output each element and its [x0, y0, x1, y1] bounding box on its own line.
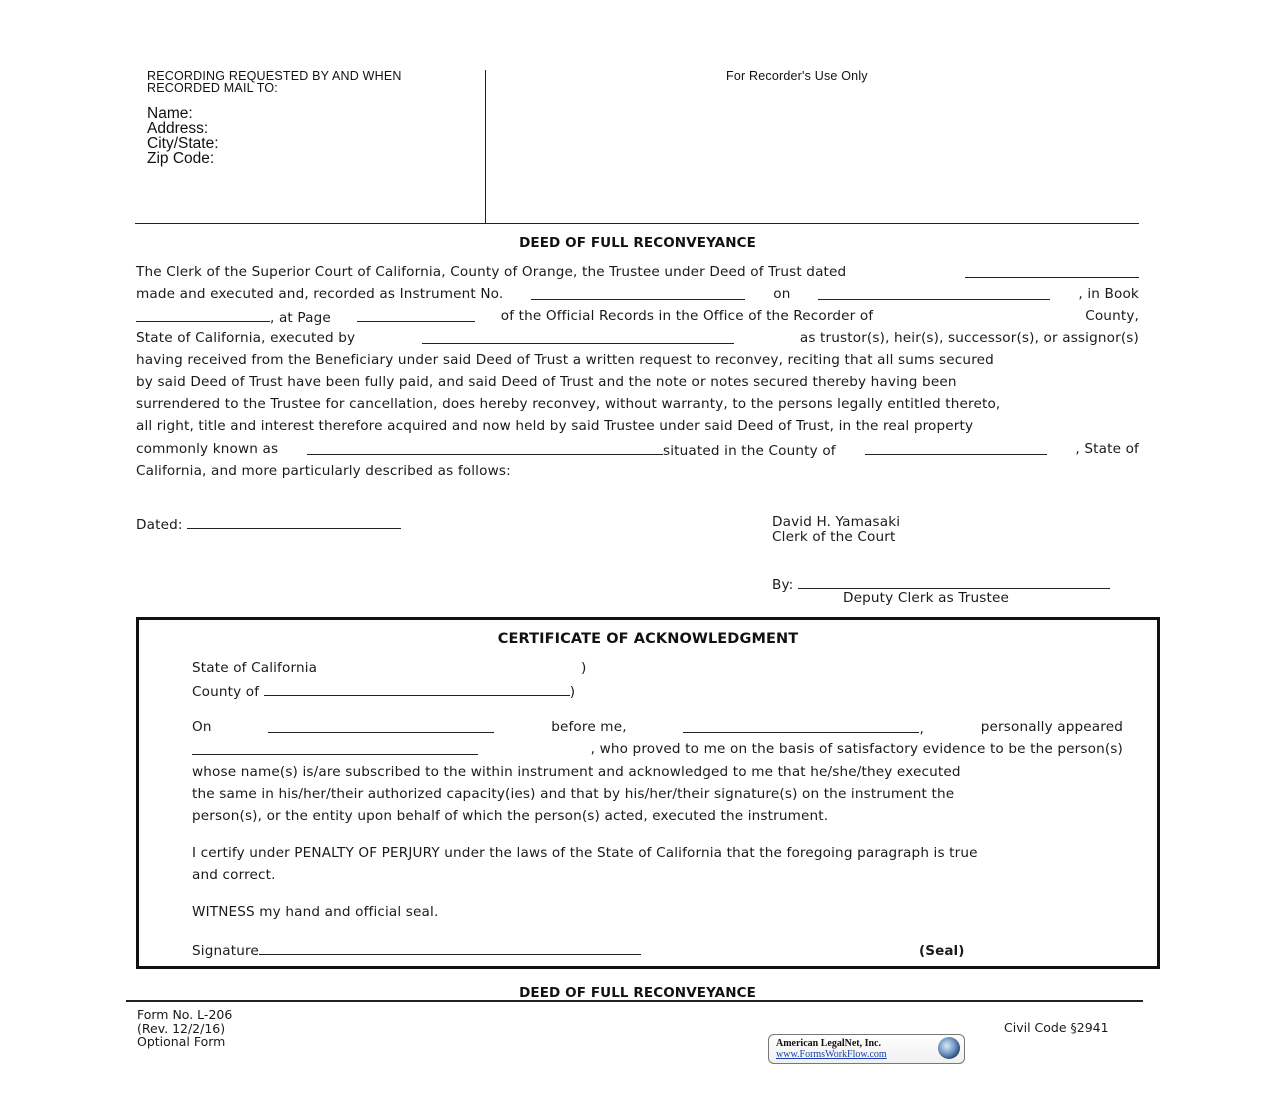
deed-dated-blank[interactable] — [965, 264, 1139, 278]
deed-title: DEED OF FULL RECONVEYANCE — [0, 235, 1275, 251]
recording-line-2: RECORDED MAIL TO: — [147, 82, 402, 94]
cert-text: I certify under PENALTY OF PERJURY under… — [192, 845, 978, 861]
deed-text: made and executed and, recorded as Instr… — [136, 286, 503, 302]
zip-code-field-label[interactable]: Zip Code: — [147, 151, 219, 166]
globe-icon — [938, 1037, 960, 1059]
witness-text: WITNESS my hand and official seal. — [192, 904, 438, 920]
on-label: On — [192, 719, 212, 737]
seal-label: (Seal) — [919, 943, 965, 959]
comma: , — [919, 721, 923, 737]
signer-name: David H. Yamasaki — [772, 515, 900, 530]
state-label: State of California — [192, 660, 317, 676]
deed-text: commonly known as — [136, 441, 278, 459]
county-label: County of — [192, 684, 259, 700]
cert-text: whose name(s) is/are subscribed to the w… — [192, 764, 961, 780]
form-info: Form No. L-206 (Rev. 12/2/16) Optional F… — [137, 1008, 232, 1049]
deed-text: having received from the Beneficiary und… — [136, 352, 994, 368]
recorded-date-blank[interactable] — [818, 286, 1050, 300]
deed-text: State of California, executed by — [136, 330, 355, 346]
signature-label: Signature — [192, 943, 259, 959]
instrument-no-blank[interactable] — [531, 286, 745, 300]
deed-text: on — [773, 286, 790, 302]
dated-label: Dated: — [136, 517, 183, 533]
civil-code-label: Civil Code §2941 — [1004, 1021, 1109, 1035]
cert-text: the same in his/her/their authorized cap… — [192, 786, 954, 802]
form-revision: (Rev. 12/2/16) — [137, 1022, 232, 1036]
situated-county-blank[interactable] — [865, 441, 1047, 455]
address-field-label[interactable]: Address: — [147, 121, 219, 136]
certificate-title: CERTIFICATE OF ACKNOWLEDGMENT — [136, 631, 1160, 647]
deputy-signature-blank[interactable] — [798, 575, 1110, 589]
commonly-known-as-blank[interactable] — [307, 441, 663, 455]
notary-name-blank[interactable] — [683, 719, 919, 733]
paren: ) — [570, 684, 575, 700]
notary-signature-blank[interactable] — [259, 941, 641, 955]
book-blank[interactable] — [136, 308, 270, 322]
by-label: By: — [772, 577, 793, 593]
deputy-clerk-label: Deputy Clerk as Trustee — [843, 590, 1009, 606]
appeared-person-blank[interactable] — [192, 741, 478, 755]
executed-by-blank[interactable] — [422, 330, 734, 344]
deed-text: California, and more particularly descri… — [136, 463, 511, 479]
recording-requested-label: RECORDING REQUESTED BY AND WHEN RECORDED… — [147, 70, 402, 94]
header-divider-horizontal — [135, 223, 1139, 224]
deed-text: surrendered to the Trustee for cancellat… — [136, 396, 1000, 412]
deed-text: of the Official Records in the Office of… — [501, 308, 874, 326]
deed-text: , at Page — [270, 310, 331, 326]
deed-text: situated in the County of — [663, 443, 836, 459]
header-divider-vertical — [485, 70, 486, 224]
signer-title: Clerk of the Court — [772, 530, 900, 545]
deed-text: The Clerk of the Superior Court of Calif… — [136, 264, 846, 280]
recorders-use-label: For Recorder's Use Only — [726, 70, 868, 82]
form-number: Form No. L-206 — [137, 1008, 232, 1022]
ack-date-blank[interactable] — [268, 719, 494, 733]
optional-form-label: Optional Form — [137, 1035, 232, 1049]
deed-text: , in Book — [1078, 286, 1139, 302]
deed-text: as trustor(s), heir(s), successor(s), or… — [800, 330, 1139, 346]
page-blank[interactable] — [357, 308, 475, 322]
before-me-label: before me, — [551, 719, 627, 737]
american-legalnet-logo[interactable]: American LegalNet, Inc. www.FormsWorkFlo… — [768, 1034, 965, 1064]
logo-url-link[interactable]: www.FormsWorkFlow.com — [776, 1049, 887, 1060]
dated-blank[interactable] — [187, 515, 401, 529]
deed-text: County, — [1085, 308, 1139, 326]
city-state-field-label[interactable]: City/State: — [147, 136, 219, 151]
deed-text: by said Deed of Trust have been fully pa… — [136, 374, 957, 390]
personally-appeared-label: personally appeared — [981, 719, 1123, 737]
footer-divider — [126, 1000, 1143, 1002]
deed-text: all right, title and interest therefore … — [136, 418, 973, 434]
paren: ) — [581, 660, 586, 676]
name-field-label[interactable]: Name: — [147, 106, 219, 121]
cert-text: person(s), or the entity upon behalf of … — [192, 808, 828, 824]
cert-text: and correct. — [192, 867, 276, 883]
footer-title: DEED OF FULL RECONVEYANCE — [0, 985, 1275, 1001]
county-blank[interactable] — [264, 682, 570, 696]
mail-to-fields: Name: Address: City/State: Zip Code: — [147, 106, 219, 166]
deed-text: , State of — [1075, 441, 1139, 459]
logo-company-name: American LegalNet, Inc. — [776, 1038, 881, 1049]
cert-text: , who proved to me on the basis of satis… — [591, 741, 1123, 757]
